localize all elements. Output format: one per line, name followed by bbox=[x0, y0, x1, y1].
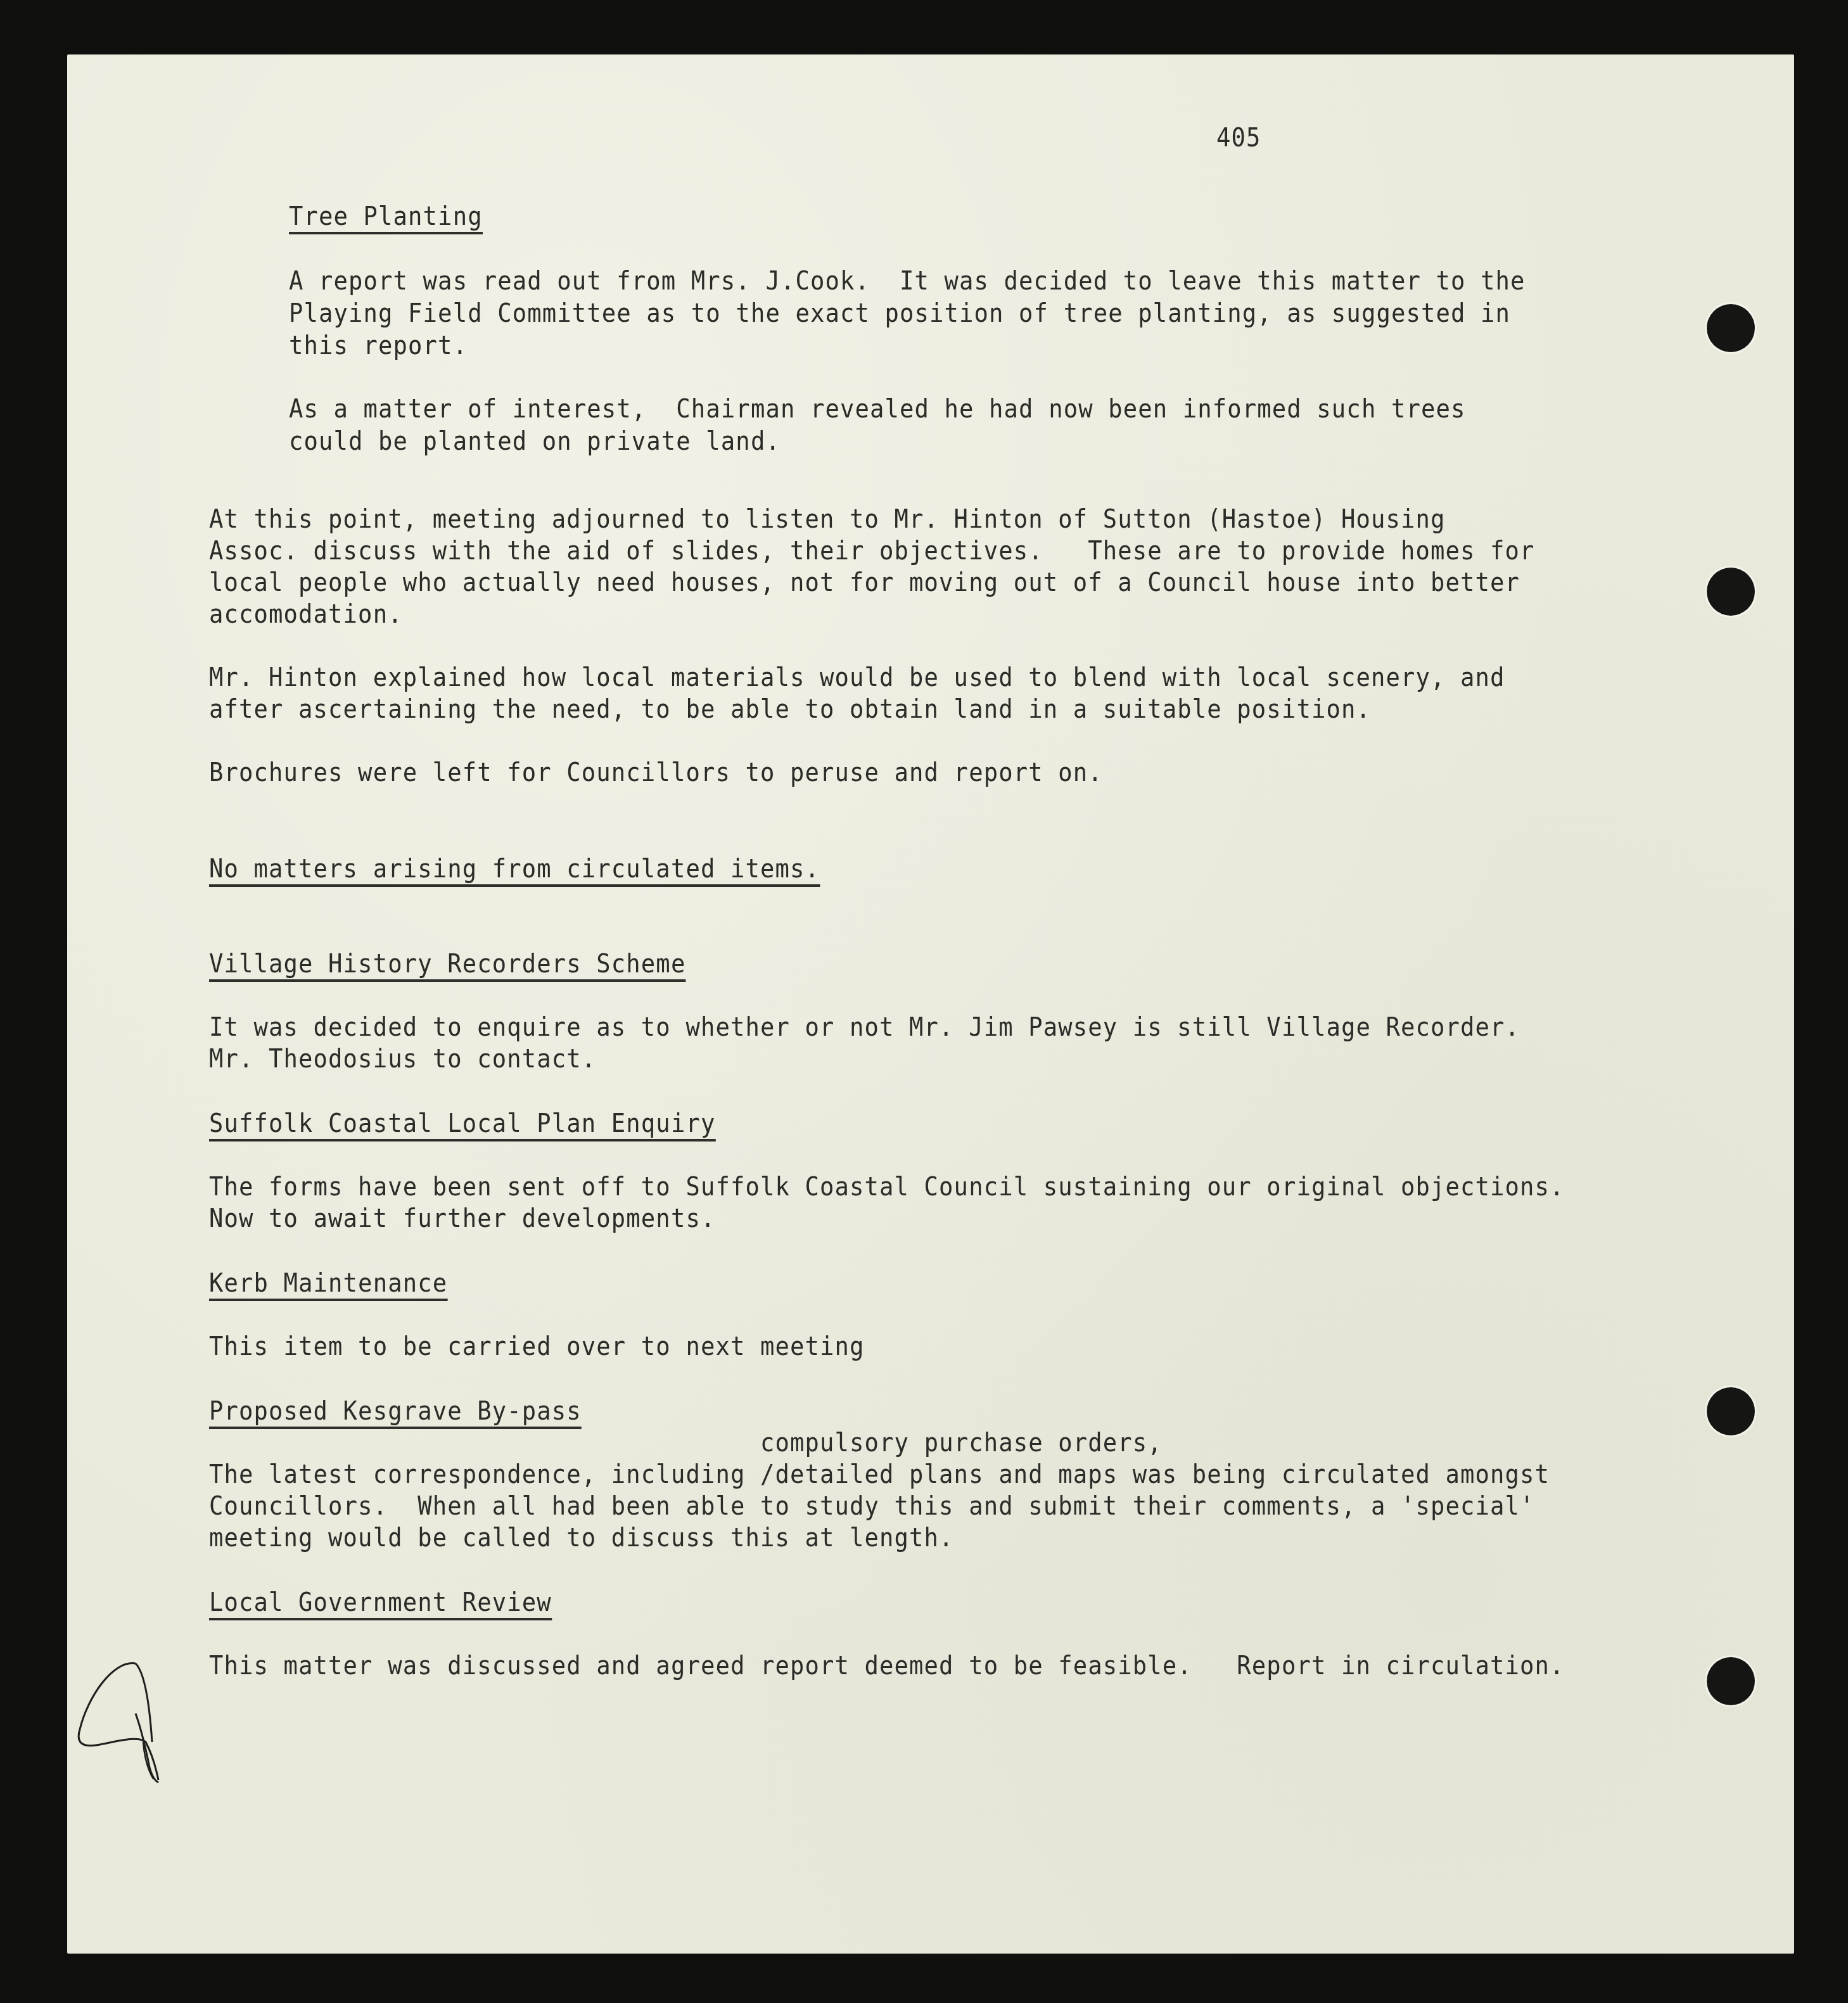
tree-planting-para2-line2: could be planted on private land. bbox=[289, 429, 781, 454]
heading-no-matters: No matters arising from circulated items… bbox=[209, 856, 820, 887]
housing-para2-line1: Mr. Hinton explained how local materials… bbox=[209, 665, 1505, 690]
tree-planting-para1-line1: A report was read out from Mrs. J.Cook. … bbox=[289, 269, 1526, 294]
tree-planting-para1-line2: Playing Field Committee as to the exact … bbox=[289, 301, 1510, 326]
punch-hole-icon bbox=[1707, 304, 1755, 352]
heading-tree-planting: Tree Planting bbox=[289, 204, 483, 234]
punch-hole-icon bbox=[1707, 568, 1755, 616]
kerb-line1: This item to be carried over to next mee… bbox=[209, 1334, 865, 1359]
kesgrave-line1: The latest correspondence, including /de… bbox=[209, 1462, 1550, 1487]
heading-suffolk-coastal: Suffolk Coastal Local Plan Enquiry bbox=[209, 1111, 715, 1141]
punch-hole-icon bbox=[1707, 1387, 1755, 1435]
village-history-line1: It was decided to enquire as to whether … bbox=[209, 1015, 1520, 1040]
tree-planting-para2-line1: As a matter of interest, Chairman reveal… bbox=[289, 397, 1465, 422]
housing-para3-line1: Brochures were left for Councillors to p… bbox=[209, 760, 1103, 785]
heading-local-government-review: Local Government Review bbox=[209, 1590, 552, 1620]
housing-para1-line1: At this point, meeting adjourned to list… bbox=[209, 507, 1446, 532]
heading-village-history: Village History Recorders Scheme bbox=[209, 951, 685, 982]
tree-planting-para1-line3: this report. bbox=[289, 333, 468, 359]
kesgrave-insertion: compulsory purchase orders, bbox=[760, 1430, 1163, 1456]
heading-kesgrave-bypass: Proposed Kesgrave By-pass bbox=[209, 1399, 582, 1429]
document-page: 405 Tree Planting A report was read out … bbox=[67, 54, 1794, 1954]
village-history-line2: Mr. Theodosius to contact. bbox=[209, 1046, 596, 1072]
heading-kerb-maintenance: Kerb Maintenance bbox=[209, 1271, 447, 1301]
housing-para1-line2: Assoc. discuss with the aid of slides, t… bbox=[209, 538, 1535, 564]
suffolk-coastal-line1: The forms have been sent off to Suffolk … bbox=[209, 1174, 1565, 1200]
housing-para1-line4: accomodation. bbox=[209, 602, 403, 627]
punch-hole-icon bbox=[1707, 1657, 1755, 1705]
housing-para2-line2: after ascertaining the need, to be able … bbox=[209, 697, 1371, 722]
local-gov-line1: This matter was discussed and agreed rep… bbox=[209, 1653, 1565, 1679]
housing-para1-line3: local people who actually need houses, n… bbox=[209, 570, 1520, 595]
kesgrave-line3: meeting would be called to discuss this … bbox=[209, 1525, 954, 1551]
handwritten-initial-icon bbox=[75, 1647, 189, 1793]
kesgrave-line2: Councillors. When all had been able to s… bbox=[209, 1494, 1535, 1519]
suffolk-coastal-line2: Now to await further developments. bbox=[209, 1206, 715, 1231]
page-number: 405 bbox=[1216, 125, 1261, 151]
